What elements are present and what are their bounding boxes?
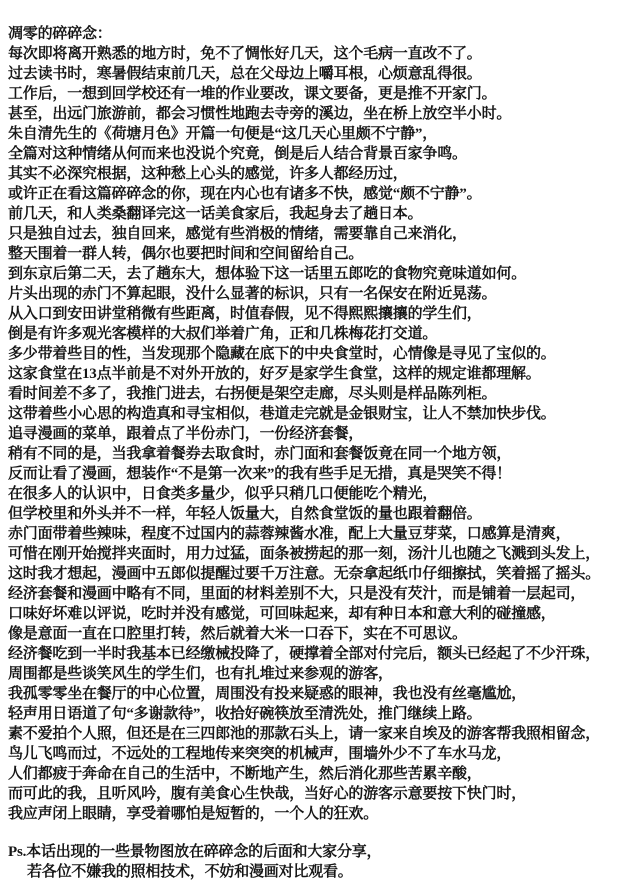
text-line: 反而让看了漫画，想装作“不是第一次来”的我有些手足无措，真是哭笑不得！: [8, 464, 628, 484]
text-line: 工作后，一想到回学校还有一堆的作业要改，课文要备，更是推不开家门。: [8, 84, 628, 104]
text-line: 在很多人的认识中，日食类多量少，似乎只稍几口便能吃个精光，: [8, 484, 628, 504]
text-line: 这带着些小心思的构造真和寻宝相似，巷道走完就是金银财宝，让人不禁加快步伐。: [8, 404, 628, 424]
essay-body: 每次即将离开熟悉的地方时，免不了惆怅好几天，这个毛病一直改不了。 过去读书时，寒…: [8, 44, 628, 824]
text-line: 整天围着一群人转，偶尔也要把时间和空间留给自己。: [8, 244, 628, 264]
essay-page: 凋零的碎碎念： 每次即将离开熟悉的地方时，免不了惆怅好几天，这个毛病一直改不了。…: [0, 0, 630, 882]
text-line: 素不爱拍个人照，但还是在三四郎池的那款石头上，请一家来自埃及的游客帮我照相留念，: [8, 724, 628, 744]
text-line: 朱自清先生的《荷塘月色》开篇一句便是“这几天心里颇不宁静”，: [8, 124, 628, 144]
text-line: 其实不必深究根据，这种愁上心头的感觉，许多人都经历过，: [8, 164, 628, 184]
text-line: 这时我才想起，漫画中五郎似提醒过要千万注意。无奈拿起纸巾仔细擦拭，笑着摇了摇头。: [8, 564, 628, 584]
text-line: 从入口到安田讲堂稍微有些距离，时值春假，见不得熙熙攘攘的学生们，: [8, 304, 628, 324]
text-line: 鸟儿飞鸣而过，不远处的工程地传来突突的机械声，围墙外少不了车水马龙，: [8, 744, 628, 764]
text-line: 追寻漫画的菜单，跟着点了半份赤门，一份经济套餐，: [8, 424, 628, 444]
text-line: 这家食堂在13点半前是不对外开放的，好歹是家学生食堂，这样的规定谁都理解。: [8, 364, 628, 384]
text-line: 可惜在刚开始搅拌夹面时，用力过猛，面条被捞起的那一刻，汤汁儿也随之飞溅到头发上，: [8, 544, 628, 564]
text-line: 过去读书时，寒暑假结束前几天，总在父母边上嚼耳根，心烦意乱得很。: [8, 64, 628, 84]
text-line: 只是独自过去，独自回来，感觉有些消极的情绪，需要靠自己来消化，: [8, 224, 628, 244]
postscript: Ps.本话出现的一些景物图放在碎碎念的后面和大家分享， 若各位不嫌我的照相技术，…: [8, 842, 628, 882]
text-line: 全篇对这种情绪从何而来也没说个究竟，倒是后人结合背景百家争鸣。: [8, 144, 628, 164]
text-line: 多少带着些目的性，当发现那个隐藏在底下的中央食堂时，心情像是寻见了宝似的。: [8, 344, 628, 364]
text-line: 倒是有许多观光客模样的大叔们举着广角，正和几株梅花打交道。: [8, 324, 628, 344]
text-line: 口味好坏难以评说，吃时并没有感觉，可回味起来，却有种日本和意大利的碰撞感，: [8, 604, 628, 624]
text-line: 我孤零零坐在餐厅的中心位置，周围没有投来疑惑的眼神，我也没有丝毫尴尬，: [8, 684, 628, 704]
text-line: 我应声闭上眼睛，享受着哪怕是短暂的，一个人的狂欢。: [8, 804, 628, 824]
text-line: 经济套餐和漫画中略有不同，里面的材料差别不大，只是没有芡汁，而是铺着一层起司，: [8, 584, 628, 604]
text-line: 轻声用日语道了句“多谢款待”，收拾好碗筷放至清洗处，推门继续上路。: [8, 704, 628, 724]
text-line: 前几天，和人类桑翻译完这一话美食家后，我起身去了趟日本。: [8, 204, 628, 224]
text-line: 甚至，出远门旅游前，都会习惯性地跑去寺旁的溪边，坐在桥上放空半小时。: [8, 104, 628, 124]
essay-title: 凋零的碎碎念：: [8, 24, 628, 44]
text-line: 看时间差不多了，我推门进去，右拐便是架空走廊，尽头则是样品陈列柜。: [8, 384, 628, 404]
text-line: 而可此的我，且听风吟，腹有美食心生快哉，当好心的游客示意要按下快门时，: [8, 784, 628, 804]
text-line: 到东京后第二天，去了趟东大，想体验下这一话里五郎吃的食物究竟味道如何。: [8, 264, 628, 284]
text-line: 每次即将离开熟悉的地方时，免不了惆怅好几天，这个毛病一直改不了。: [8, 44, 628, 64]
text-line: 经济餐吃到一半时我基本已经缴械投降了，硬撑着全部对付完后，额头已经起了不少汗珠，: [8, 644, 628, 664]
text-line: 周围都是些谈笑风生的学生们，也有扎堆过来参观的游客，: [8, 664, 628, 684]
text-line: 赤门面带着些辣味，程度不过国内的蒜蓉辣酱水准，配上大量豆芽菜，口感算是清爽，: [8, 524, 628, 544]
text-line: 但学校里和外头并不一样，年轻人饭量大，自然食堂饭的量也跟着翻倍。: [8, 504, 628, 524]
postscript-line-1: Ps.本话出现的一些景物图放在碎碎念的后面和大家分享，: [8, 842, 628, 862]
text-line: 或许正在看这篇碎碎念的你，现在内心也有诸多不快，感觉“颇不宁静”。: [8, 184, 628, 204]
text-line: 片头出现的赤门不算起眼，没什么显著的标识，只有一名保安在附近晃荡。: [8, 284, 628, 304]
postscript-line-2: 若各位不嫌我的照相技术，不妨和漫画对比观看。: [8, 862, 628, 882]
text-line: 人们都疲于奔命在自己的生活中，不断地产生，然后消化那些苦累辛酸，: [8, 764, 628, 784]
text-line: 稍有不同的是，当我拿着餐券去取食时，赤门面和套餐饭竟在同一个地方领，: [8, 444, 628, 464]
text-line: 像是意面一直在口腔里打转，然后就着大米一口吞下，实在不可思议。: [8, 624, 628, 644]
